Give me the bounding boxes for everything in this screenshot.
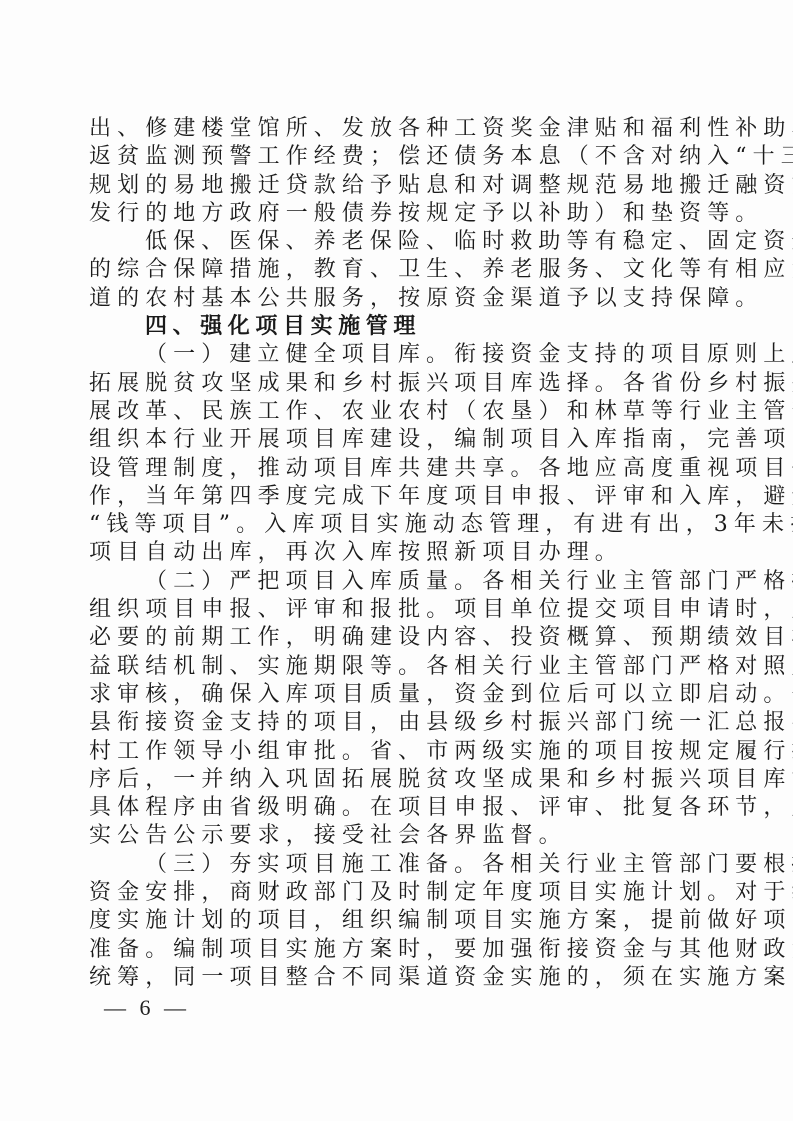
document-body: 出、修建楼堂馆所、发放各种工资奖金津贴和福利性补助、防止 返贫监测预警工作经费；… [89,115,689,992]
text-line: 组织项目申报、评审和报批。项目单位提交项目申请时，应完成 [89,596,689,624]
text-line: “钱等项目”。入库项目实施动态管理，有进有出，3年未执行的 [89,511,689,539]
text-line: 设管理制度，推动项目库共建共享。各地应高度重视项目储备工 [89,455,689,483]
text-line: 的综合保障措施，教育、卫生、养老服务、文化等有相应资金渠 [89,256,689,284]
text-line: 作，当年第四季度完成下年度项目申报、评审和入库，避免出现 [89,483,689,511]
text-line: 拓展脱贫攻坚成果和乡村振兴项目库选择。各省份乡村振兴、发 [89,370,689,398]
text-line: 统筹，同一项目整合不同渠道资金实施的，须在实施方案中明确 [89,964,689,992]
page-number: — 6 — [104,995,190,1021]
text-line: 发行的地方政府一般债券按规定予以补助）和垫资等。 [89,200,689,228]
text-line: 道的农村基本公共服务，按原资金渠道予以支持保障。 [89,285,689,313]
document-page: 出、修建楼堂馆所、发放各种工资奖金津贴和福利性补助、防止 返贫监测预警工作经费；… [0,0,793,1121]
text-line: 项目自动出库，再次入库按照新项目办理。 [89,539,689,567]
text-line: 组织本行业开展项目库建设，编制项目入库指南，完善项目库建 [89,426,689,454]
text-line: 必要的前期工作，明确建设内容、投资概算、预期绩效目标、利 [89,624,689,652]
text-line: 展改革、民族工作、农业农村（农垦）和林草等行业主管部门， [89,398,689,426]
text-line: 序后，一并纳入巩固拓展脱贫攻坚成果和乡村振兴项目库管理， [89,766,689,794]
text-line: 益联结机制、实施期限等。各相关行业主管部门严格对照入库要 [89,653,689,681]
subsection-start-line: （三）夯实项目施工准备。各相关行业主管部门要根据年度 [89,851,689,879]
text-line: 准备。编制项目实施方案时，要加强衔接资金与其他财政资金的 [89,936,689,964]
text-line: 出、修建楼堂馆所、发放各种工资奖金津贴和福利性补助、防止 [89,115,689,143]
text-line: 规划的易地搬迁贷款给予贴息和对调整规范易地搬迁融资方式后 [89,172,689,200]
text-line: 实公告公示要求，接受社会各界监督。 [89,822,689,850]
paragraph-start-line: 低保、医保、养老保险、临时救助等有稳定、固定资金渠道 [89,228,689,256]
subsection-start-line: （一）建立健全项目库。衔接资金支持的项目原则上从巩固 [89,341,689,369]
text-line: 返贫监测预警工作经费；偿还债务本息（不含对纳入“十三五” [89,143,689,171]
text-line: 具体程序由省级明确。在项目申报、评审、批复各环节，严格落 [89,794,689,822]
section-heading: 四、强化项目实施管理 [89,313,689,341]
text-line: 村工作领导小组审批。省、市两级实施的项目按规定履行报批程 [89,738,689,766]
subsection-start-line: （二）严把项目入库质量。各相关行业主管部门严格按程序 [89,568,689,596]
text-line: 资金安排，商财政部门及时制定年度项目实施计划。对于纳入年 [89,879,689,907]
text-line: 县衔接资金支持的项目，由县级乡村振兴部门统一汇总报县委农 [89,709,689,737]
text-line: 度实施计划的项目，组织编制项目实施方案，提前做好项目开工 [89,907,689,935]
text-line: 求审核，确保入库项目质量，资金到位后可以立即启动。分配到 [89,681,689,709]
